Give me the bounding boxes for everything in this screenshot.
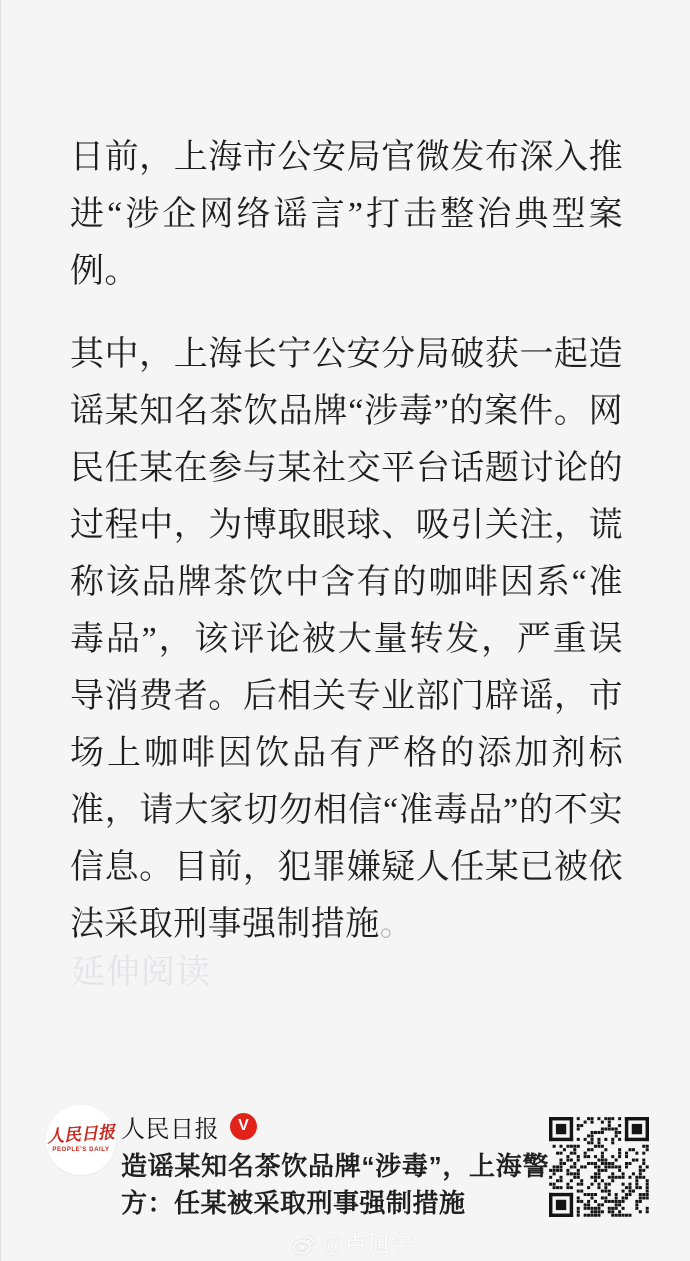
post-caption: 造谣某知名茶饮品牌“涉毒”，上海警方：任某被采取刑事强制措施 <box>121 1148 549 1222</box>
account-name: 人民日报 <box>121 1109 219 1144</box>
watermark: @卢旭宁 <box>292 1228 413 1258</box>
article-paragraph-2: 其中，上海长宁公安分局破获一起造谣某知名茶饮品牌“涉毒”的案件。网民任某在参与某… <box>70 326 623 953</box>
qr-code <box>549 1117 649 1217</box>
verified-badge-icon: V <box>230 1113 257 1140</box>
weibo-long-image-post: 日前，上海市公安局官微发布深入推进“涉企网络谣言”打击整治典型案例。 其中，上海… <box>0 0 690 1261</box>
account-name-row: 人民日报 V <box>121 1112 257 1140</box>
weibo-icon <box>292 1231 317 1256</box>
avatar-masthead-calligraphy: 人民日报 <box>46 1123 115 1146</box>
article-paragraph-1: 日前，上海市公安局官微发布深入推进“涉企网络谣言”打击整治典型案例。 <box>70 129 623 300</box>
article-paragraph-2-text: 其中，上海长宁公安分局破获一起造谣某知名茶饮品牌“涉毒”的案件。网民任某在参与某… <box>70 336 623 943</box>
peoples-daily-avatar: 人民日报 PEOPLE'S DAILY <box>46 1105 116 1175</box>
watermark-handle: @卢旭宁 <box>322 1228 413 1259</box>
extended-reading-label: 延伸阅读 <box>71 953 211 993</box>
article-paragraph-2-faded-period: 。 <box>380 906 414 943</box>
avatar-masthead-subtext: PEOPLE'S DAILY <box>52 1146 109 1155</box>
article-body: 日前，上海市公安局官微发布深入推进“涉企网络谣言”打击整治典型案例。 其中，上海… <box>70 129 623 953</box>
